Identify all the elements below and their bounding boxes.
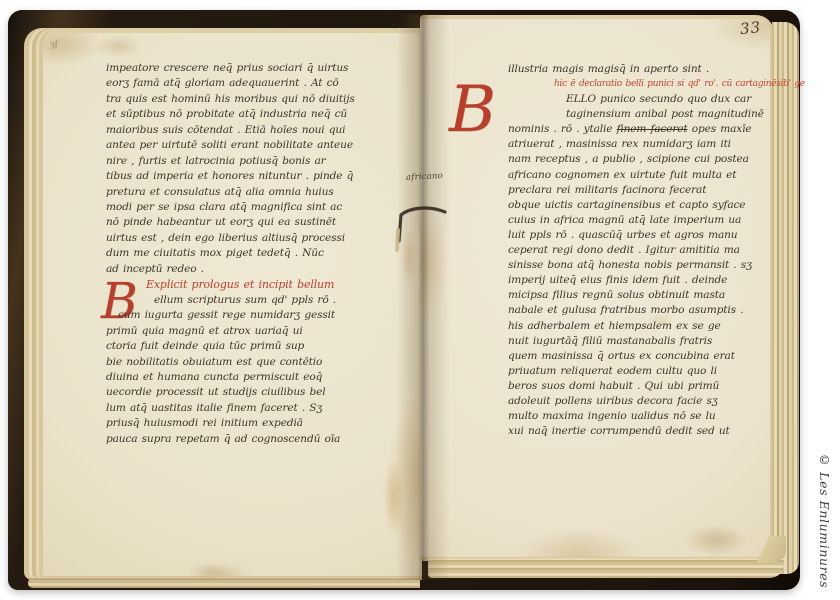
right-page-text-block: atriuerat , masinissa rex numidarʒ iam i… [508, 138, 770, 440]
manuscript-line: maioribus suis cōtendat . Etiā hoīes nou… [106, 124, 406, 139]
manuscript-line: ELLO punico secundo quo dux car [508, 93, 770, 108]
manuscript-line: ad inceptū redeo . [106, 263, 406, 278]
manuscript-line: ctoria fuit deinde quia tūc primū sup [106, 340, 406, 355]
right-page-indented-lines: ELLO punico secundo quo dux cartaginensi… [508, 93, 770, 123]
manuscript-line: priuatum reliquerat eodem cultu quo li [508, 365, 770, 380]
bottom-edge-leaves-left [28, 577, 420, 588]
manuscript-line: lum atq̄ uastitas italie finem faceret .… [106, 402, 406, 417]
manuscript-line: nam receptus , a publio , scipione cui p… [508, 153, 770, 168]
manuscript-line: diuina et humana cuncta permiscuit eoq̄ [106, 371, 406, 386]
manuscript-line: primū quia magnū et atrox uariaq̄ ui [106, 325, 406, 340]
manuscript-photo: ȝſ impeatore crescere neq̄ prius sociari… [0, 0, 840, 600]
manuscript-line: cum iugurta gessit rege numidarʒ gessit [106, 309, 406, 324]
manuscript-line: xui naq̄ inertie corrumpendū dedit sed u… [508, 425, 770, 440]
manuscript-line: tra quis est hominū his moribus qui nō d… [106, 93, 406, 108]
manuscript-line: micipsa filius regnū solus obtinuit mast… [508, 289, 770, 304]
manuscript-line: adoleuit pollens uiribus decora facie sʒ [508, 395, 770, 410]
page-number: 33 [739, 18, 762, 38]
manuscript-line-corrected: nominis . rō . ytalie finem faceret opes… [508, 123, 770, 138]
manuscript-line: tibus ad imperia et honores nituntur . p… [106, 170, 406, 185]
manuscript-line: bie nobilitatis obuiatum est que contēti… [106, 356, 406, 371]
manuscript-line: priusq̄ huiusmodi rei initium expediā [106, 417, 406, 432]
manuscript-line: pauca supra repetam q̄ ad cognoscendū oī… [106, 433, 406, 448]
red-initial-b-right: B [449, 80, 496, 140]
manuscript-line: modi per se ipsa clara atq̄ magnifica si… [106, 201, 406, 216]
manuscript-line: quem masinissa q̄ ortus ex concubina era… [508, 350, 770, 365]
manuscript-line: pretura et consulatus atq̄ alia omnia hu… [106, 186, 406, 201]
manuscript-line: uirtus est , dein ego liberius altiusq̄ … [106, 232, 406, 247]
manuscript-line: atriuerat , masinissa rex numidarʒ iam i… [508, 138, 770, 153]
manuscript-line: taginensium anibal post magnitudinē [508, 108, 770, 123]
right-page-first-line: illustria magis magisq̄ in aperto sint . [508, 63, 770, 75]
manuscript-line: nō pinde habeantur ut eorʒ qui ea sustin… [106, 216, 406, 231]
manuscript-line: nire , furtis et latrocinia potiusq̄ bon… [106, 155, 406, 170]
fore-edge-leaves-right [772, 22, 799, 574]
manuscript-line: imperij uiteq̄ eius finis idem fuit . de… [508, 274, 770, 289]
margin-note: africano [406, 171, 443, 183]
manuscript-line: antea per uirtutē soliti erant nobilitat… [106, 139, 406, 154]
manuscript-line: multo maxima ingenio ualidus nō se lu [508, 410, 770, 425]
bottom-edge-leaves-right [428, 558, 784, 578]
line-part: opes maxīe [688, 123, 752, 135]
manuscript-line: et sūptibus nō probitate atq̄ industria … [106, 108, 406, 123]
manuscript-line: nabale et gulusa fratribus morbo asumpti… [508, 304, 770, 319]
manuscript-line: nuit iugurtāq̄ filiū mastanabalis fratri… [508, 335, 770, 350]
manuscript-line: luit ppls rō . quascūq̄ urbes et agros m… [508, 229, 770, 244]
manuscript-line: his adherbalem et hiempsalem ex se ge [508, 320, 770, 335]
manuscript-line: beros suos domi habuit . Qui ubi primū [508, 380, 770, 395]
manuscript-line: obque uictis cartaginensibus et capto sy… [508, 199, 770, 214]
left-page-text-block: impeatore crescere neq̄ prius sociari q̄… [106, 62, 406, 278]
manuscript-line: dum me ciuitatis mox piget tedetq̄ . Nūc [106, 247, 406, 262]
manuscript-line: cuius in africa magnū atq̄ late imperium… [508, 214, 770, 229]
left-page-bellum-paragraph: ellum scripturus sum qd' ppls rō .cum iu… [106, 294, 406, 448]
manuscript-line: ellum scripturus sum qd' ppls rō . [106, 294, 406, 309]
manuscript-line: impeatore crescere neq̄ prius sociari q̄… [106, 62, 406, 77]
manuscript-line: sinisse bona atq̄ honesta nobis permansi… [508, 259, 770, 274]
manuscript-line: preclara rei militaris facinora fecerat [508, 184, 770, 199]
manuscript-line: eorʒ famā atq̄ gloriam adequauerint . At… [106, 77, 406, 92]
line-part: nominis . rō . ytalie [508, 123, 617, 135]
struck-text: finem faceret [617, 123, 688, 135]
manuscript-line: africano cognomen ex uirtute fuit multa … [508, 169, 770, 184]
manuscript-line: uecordie processit ut studijs ciuilibus … [106, 386, 406, 401]
manuscript-line: ceperat regi dono dedit . Igitur amititi… [508, 244, 770, 259]
copyright-credit: © Les Enluminures [806, 452, 832, 598]
left-page-rubric: Explicit prologus et incipit bellum [106, 278, 446, 293]
corner-smudge-mark: ȝſ [49, 39, 58, 50]
right-page-rubric: hic ē declaratio belli punici si qd' ro'… [508, 79, 840, 92]
